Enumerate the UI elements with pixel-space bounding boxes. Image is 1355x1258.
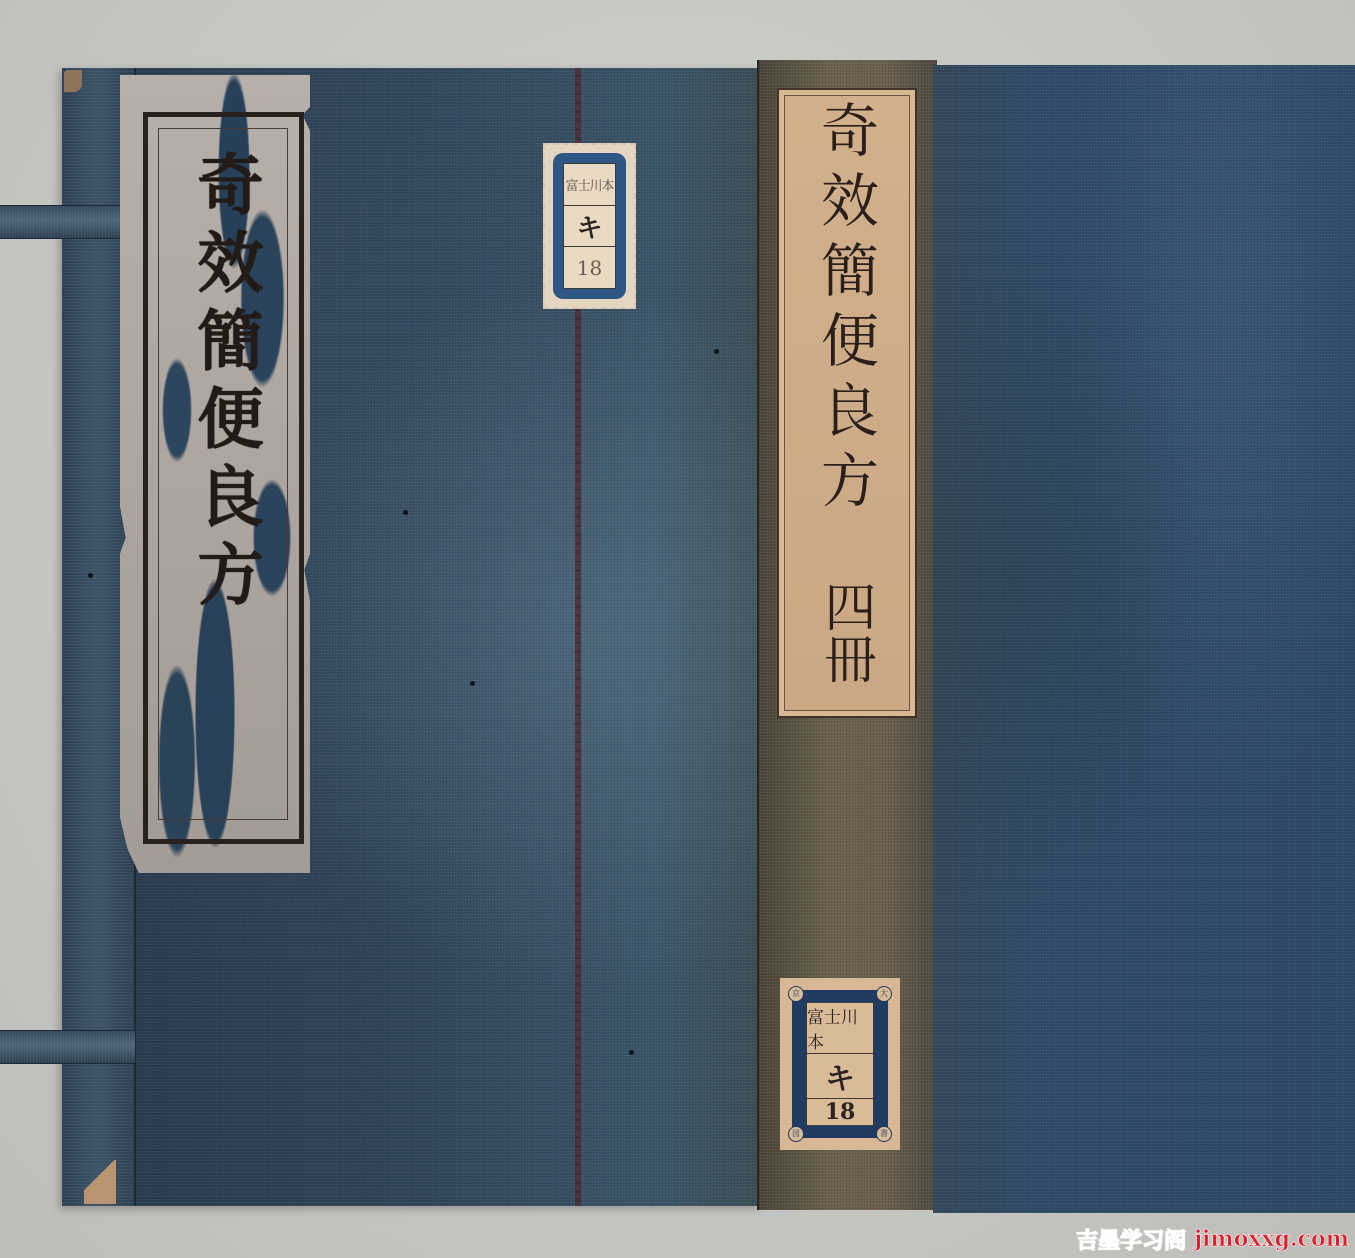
pinhole — [470, 681, 475, 686]
binding-tie-bottom — [0, 1030, 136, 1064]
stamp-box: 富士川本 キ 18 — [806, 1002, 874, 1126]
stamp-border: 富士川本 キ 18 — [553, 153, 626, 299]
back-cover — [933, 65, 1355, 1213]
stamp-border: 京 大 図 書 富士川本 キ 18 — [792, 990, 888, 1138]
stamp-library-name: 富士川本 — [564, 164, 615, 206]
stamp-class-mark: キ — [807, 1054, 873, 1099]
stamp-number: 18 — [564, 247, 615, 288]
front-library-stamp: 富士川本 キ 18 — [543, 143, 636, 309]
spine-library-stamp: 京 大 図 書 富士川本 キ 18 — [780, 978, 900, 1150]
pinhole — [629, 1050, 634, 1055]
stamp-class-mark: キ — [564, 206, 615, 248]
binding-tie-top — [0, 205, 136, 239]
corner-seal-icon: 書 — [876, 1126, 892, 1142]
watermark: 吉墨学习阁 jimoxxg.com — [1076, 1224, 1349, 1254]
worn-corner-bottom — [84, 1160, 116, 1204]
stamp-number: 18 — [807, 1099, 873, 1125]
worn-corner-top — [64, 70, 82, 92]
stamp-library-name: 富士川本 — [807, 1003, 873, 1054]
corner-seal-icon: 大 — [876, 986, 892, 1002]
corner-seal-icon: 図 — [788, 1126, 804, 1142]
pinhole — [88, 573, 93, 578]
corner-seal-icon: 京 — [788, 986, 804, 1002]
watermark-site-name: 吉墨学习阁 — [1076, 1224, 1186, 1255]
spine-title-text: 奇效簡便良方 — [805, 100, 885, 520]
pinhole — [714, 349, 719, 354]
pinhole — [403, 510, 408, 515]
spine-volume-count: 四冊 — [805, 580, 885, 684]
watermark-url: jimoxxg.com — [1194, 1226, 1349, 1252]
stamp-box: 富士川本 キ 18 — [563, 163, 616, 289]
front-title-text: 奇效簡便良方 — [170, 150, 280, 618]
